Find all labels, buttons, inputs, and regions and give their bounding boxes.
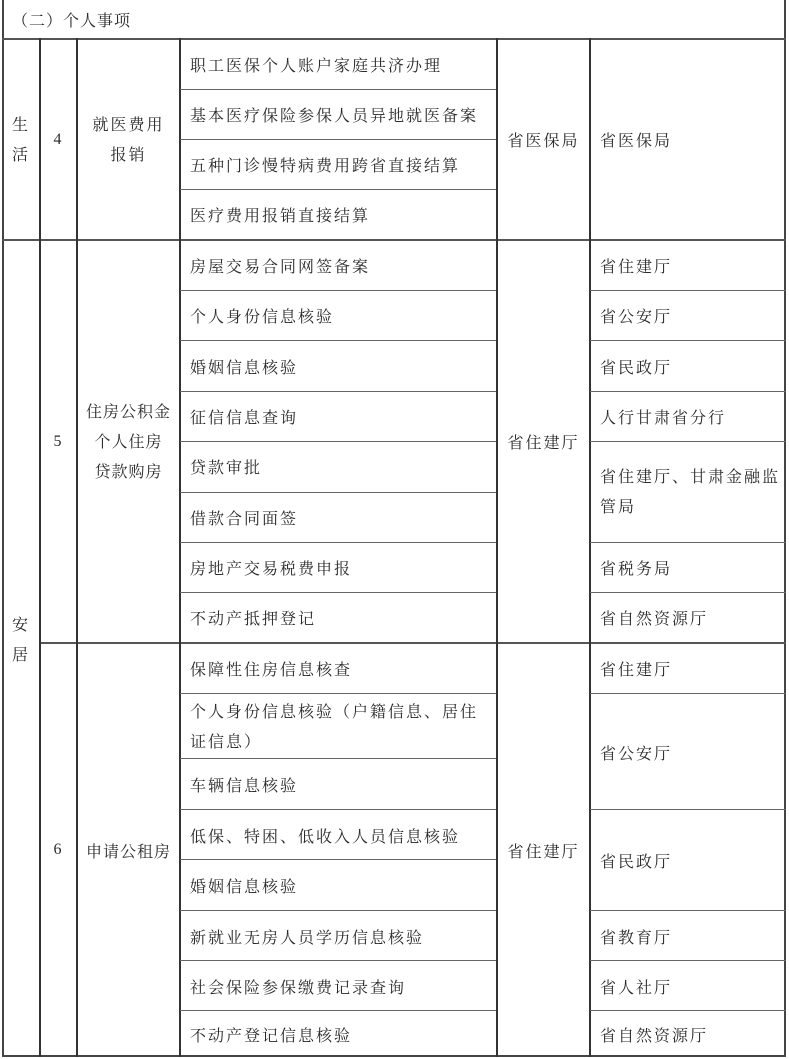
category-cell: 生 活 [2,39,40,240]
item-number: 5 [40,240,77,643]
task-cell: 保障性住房信息核查 [180,643,497,694]
coordinating-department: 省民政厅 [590,341,786,391]
item-name: 申请公租房 [77,643,180,1057]
category-char: 生 [12,110,30,140]
task-cell: 个人身份信息核验 [180,290,497,341]
task-cell: 医疗费用报销直接结算 [180,189,497,239]
item-name-line: 报销 [110,140,146,170]
task-cell: 基本医疗保险参保人员异地就医备案 [180,89,497,139]
item-name-cell: 就医费用 报销 [77,39,180,240]
item-name-cell: 住房公积金 个人住房 贷款购房 [77,240,180,643]
task-cell: 个人身份信息核验（户籍信息、居住证信息） [180,694,497,759]
item-name-line: 就医费用 [92,110,164,140]
item-name-line: 贷款购房 [94,457,162,487]
coordinating-department: 人行甘肃省分行 [590,391,786,441]
category-char: 活 [12,140,30,170]
coordinating-department: 省住建厅 [590,643,786,694]
coordinating-department: 省住建厅 [590,240,786,290]
coordinating-department: 省自然资源厅 [590,592,786,643]
section-title: （二）个人事项 [12,0,131,39]
lead-department: 省住建厅 [497,240,590,643]
item-number: 6 [40,643,77,1057]
task-cell: 婚姻信息核验 [180,860,497,911]
task-cell: 征信信息查询 [180,391,497,441]
category-char: 安 [12,610,30,640]
item-name-line: 住房公积金 [86,397,171,427]
task-cell: 婚姻信息核验 [180,341,497,391]
task-cell: 不动产抵押登记 [180,592,497,643]
lead-department: 省医保局 [497,39,590,240]
category-cell: 安 居 [2,610,40,680]
item-number: 4 [40,39,77,240]
item-name-line: 个人住房 [94,427,162,457]
coordinating-department: 省住建厅、甘肃金融监管局 [590,441,786,542]
task-cell: 不动产登记信息核验 [180,1011,497,1057]
coordinating-department: 省医保局 [590,39,786,240]
coordinating-department: 省民政厅 [590,810,786,911]
coordinating-department: 省公安厅 [590,290,786,341]
category-char: 居 [12,640,30,670]
lead-department: 省住建厅 [497,643,590,1057]
task-cell: 贷款审批 [180,441,497,492]
coordinating-department: 省税务局 [590,542,786,592]
task-cell: 五种门诊慢特病费用跨省直接结算 [180,139,497,189]
task-cell: 社会保险参保缴费记录查询 [180,961,497,1011]
task-cell: 职工医保个人账户家庭共济办理 [180,39,497,89]
task-cell: 新就业无房人员学历信息核验 [180,911,497,961]
task-cell: 车辆信息核验 [180,759,497,810]
coordinating-department: 省教育厅 [590,911,786,961]
task-cell: 借款合同面签 [180,492,497,542]
coordinating-department: 省自然资源厅 [590,1011,786,1057]
task-cell: 房地产交易税费申报 [180,542,497,592]
task-cell: 房屋交易合同网签备案 [180,240,497,290]
coordinating-department: 省公安厅 [590,694,786,810]
task-cell: 低保、特困、低收入人员信息核验 [180,810,497,860]
coordinating-department: 省人社厅 [590,961,786,1011]
